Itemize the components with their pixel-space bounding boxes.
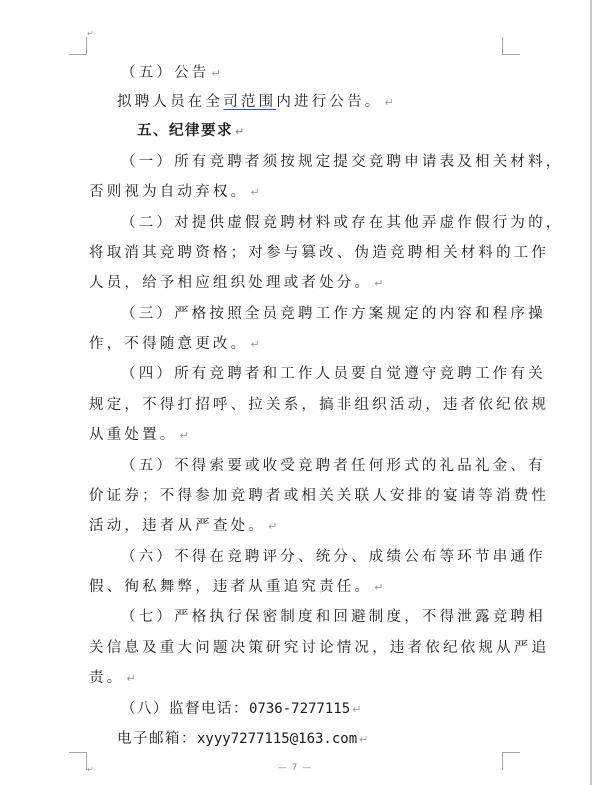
subheading-text: （五）公告 bbox=[121, 65, 210, 81]
paragraph-4-line-3[interactable]: 从重处置。↵ bbox=[89, 425, 189, 445]
paragraph-mark-icon: ↵ bbox=[352, 703, 361, 716]
paragraph-mark-icon: ↵ bbox=[126, 672, 135, 685]
page-number: — 7 — bbox=[0, 763, 590, 773]
line-text: 将取消其竞聘资格；对参与篡改、伪造竞聘相关材料的工作 bbox=[89, 245, 549, 261]
paragraph-mark-icon: ↵ bbox=[250, 338, 259, 351]
line-text: （三）严格按照全员竞聘工作方案规定的内容和程序操 bbox=[121, 306, 546, 322]
paragraph-3-line-2[interactable]: 作，不得随意更改。↵ bbox=[89, 334, 260, 354]
email-line[interactable]: 电子邮箱：xyyy7277115@163.com↵ bbox=[117, 729, 368, 749]
paragraph-2-line-2[interactable]: 将取消其竞聘资格；对参与篡改、伪造竞聘相关材料的工作 bbox=[89, 243, 549, 263]
paragraph-mark-icon: ↵ bbox=[374, 277, 383, 290]
paragraph-mark-icon: ↵ bbox=[180, 429, 189, 442]
heading-text: 五、纪律要求 bbox=[137, 123, 233, 139]
paragraph-3-line-1[interactable]: （三）严格按照全员竞聘工作方案规定的内容和程序操 bbox=[121, 304, 546, 324]
line-text: 假、徇私舞弊，违者从重追究责任。 bbox=[89, 579, 372, 595]
margin-corner-top-left bbox=[69, 37, 87, 55]
hotline-line[interactable]: （八）监督电话：0736-7277115↵ bbox=[121, 699, 361, 719]
hotline-label: （八）监督电话： bbox=[121, 701, 249, 717]
line-text: 否则视为自动弃权。 bbox=[89, 184, 248, 200]
header-paragraph-mark-icon: ↵ bbox=[87, 30, 94, 38]
paragraph-5-line-3[interactable]: 活动，违者从严查处。↵ bbox=[89, 516, 277, 536]
paragraph-mark-icon: ↵ bbox=[212, 67, 221, 80]
line-text: 关信息及重大问题决策研究讨论情况，违者依纪依规从严追 bbox=[89, 640, 549, 656]
paragraph-2-line-1[interactable]: （二）对提供虚假竞聘材料或存在其他弄虚作假行为的， bbox=[121, 213, 564, 233]
line-text: 价证券；不得参加竞聘者或相关关联人安排的宴请等消费性 bbox=[89, 488, 549, 504]
paragraph-mark-icon: ↵ bbox=[359, 733, 368, 746]
line-text: 规定，不得打招呼、拉关系，搞非组织活动，违者依纪依规 bbox=[89, 397, 549, 413]
line-text: 活动，违者从严查处。 bbox=[89, 518, 266, 534]
line-text: （六）不得在竞聘评分、统分、成绩公布等环节串通作 bbox=[121, 549, 546, 565]
paragraph-1-line-2[interactable]: 否则视为自动弃权。↵ bbox=[89, 182, 260, 202]
announcement-paragraph[interactable]: 拟聘人员在全司范围内进行公告。↵ bbox=[117, 92, 394, 112]
paragraph-mark-icon: ↵ bbox=[268, 520, 277, 533]
line-text: 人员，给予相应组织处理或者处分。 bbox=[89, 275, 372, 291]
paragraph-7-line-2[interactable]: 关信息及重大问题决策研究讨论情况，违者依纪依规从严追 bbox=[89, 638, 549, 658]
paragraph-7-line-1[interactable]: （七）严格执行保密制度和回避制度，不得泄露竞聘相 bbox=[121, 607, 546, 627]
document-page[interactable]: ↵ ↵ （五）公告↵ 拟聘人员在全司范围内进行公告。↵ 五、纪律要求↵ （一）所… bbox=[0, 0, 592, 785]
grammar-flagged-text[interactable]: 司范围 bbox=[223, 94, 276, 110]
paragraph-6-line-1[interactable]: （六）不得在竞聘评分、统分、成绩公布等环节串通作 bbox=[121, 547, 546, 567]
line-text: （四）所有竞聘者和工作人员要自觉遵守竞聘工作有关 bbox=[121, 366, 546, 382]
paragraph-mark-icon: ↵ bbox=[235, 125, 244, 138]
paragraph-mark-icon: ↵ bbox=[374, 581, 383, 594]
announcement-text-after: 内进行公告。 bbox=[276, 94, 382, 110]
line-text: 作，不得随意更改。 bbox=[89, 336, 248, 352]
paragraph-7-line-3[interactable]: 责。↵ bbox=[89, 668, 136, 688]
paragraph-5-line-1[interactable]: （五）不得索要或收受竞聘者任何形式的礼品礼金、有 bbox=[121, 456, 546, 476]
paragraph-6-line-2[interactable]: 假、徇私舞弊，违者从重追究责任。↵ bbox=[89, 577, 383, 597]
paragraph-mark-icon: ↵ bbox=[385, 96, 394, 109]
line-text: （一）所有竞聘者须按规定提交竞聘申请表及相关材料， bbox=[121, 154, 564, 170]
paragraph-2-line-3[interactable]: 人员，给予相应组织处理或者处分。↵ bbox=[89, 273, 383, 293]
line-text: 责。 bbox=[89, 670, 124, 686]
paragraph-4-line-1[interactable]: （四）所有竞聘者和工作人员要自觉遵守竞聘工作有关 bbox=[121, 364, 546, 384]
paragraph-5-line-2[interactable]: 价证券；不得参加竞聘者或相关关联人安排的宴请等消费性 bbox=[89, 486, 549, 506]
line-text: （七）严格执行保密制度和回避制度，不得泄露竞聘相 bbox=[121, 609, 546, 625]
section-heading[interactable]: 五、纪律要求↵ bbox=[137, 121, 244, 141]
margin-corner-top-right bbox=[502, 37, 520, 55]
paragraph-1-line-1[interactable]: （一）所有竞聘者须按规定提交竞聘申请表及相关材料， bbox=[121, 152, 564, 172]
announcement-text-before: 拟聘人员在全 bbox=[117, 94, 223, 110]
hotline-number[interactable]: 0736-7277115 bbox=[249, 701, 350, 717]
email-address[interactable]: xyyy7277115@163.com bbox=[197, 731, 357, 747]
email-label: 电子邮箱： bbox=[117, 731, 197, 747]
line-text: （二）对提供虚假竞聘材料或存在其他弄虚作假行为的， bbox=[121, 215, 564, 231]
paragraph-4-line-2[interactable]: 规定，不得打招呼、拉关系，搞非组织活动，违者依纪依规 bbox=[89, 395, 549, 415]
section-subheading[interactable]: （五）公告↵ bbox=[121, 63, 221, 83]
line-text: 从重处置。 bbox=[89, 427, 178, 443]
line-text: （五）不得索要或收受竞聘者任何形式的礼品礼金、有 bbox=[121, 458, 546, 474]
paragraph-mark-icon: ↵ bbox=[250, 186, 259, 199]
